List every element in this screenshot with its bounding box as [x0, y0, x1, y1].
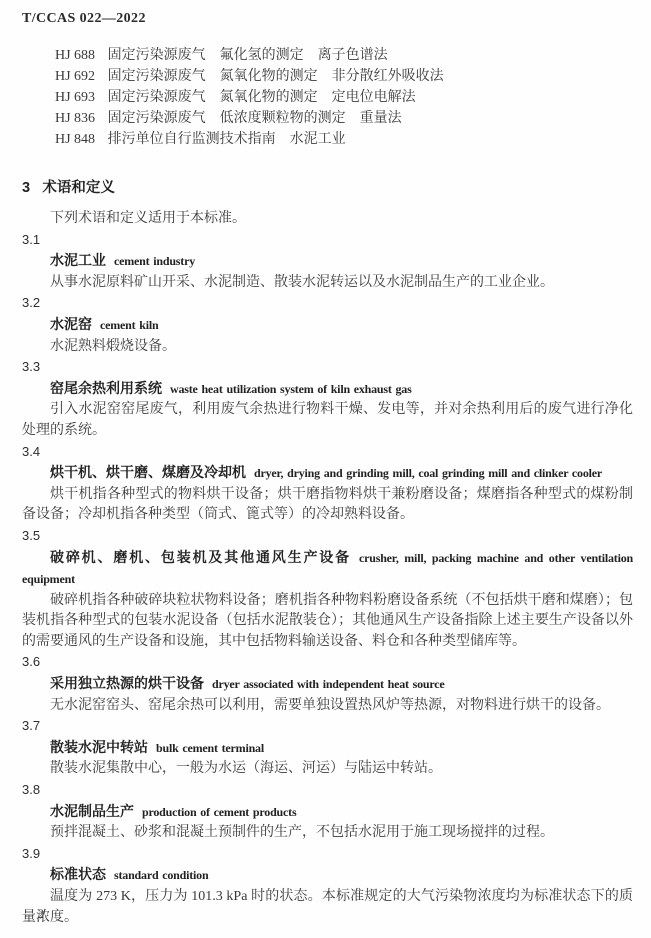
term-chinese: 水泥制品生产	[50, 803, 134, 819]
reference-item: HJ 688固定污染源废气 氟化氢的测定 离子色谱法	[55, 45, 633, 66]
term-number: 3.8	[22, 780, 633, 801]
reference-title: 固定污染源废气 氟化氢的测定 离子色谱法	[108, 48, 388, 63]
term-chinese: 窑尾余热利用系统	[50, 380, 162, 396]
term-entry: 3.4 烘干机、烘干磨、煤磨及冷却机dryer, drying and grin…	[22, 442, 633, 526]
references-list: HJ 688固定污染源废气 氟化氢的测定 离子色谱法 HJ 692固定污染源废气…	[22, 45, 633, 150]
term-english: bulk cement terminal	[156, 741, 264, 755]
terms-list: 3.1 水泥工业cement industry 从事水泥原料矿山开采、水泥制造、…	[22, 230, 633, 929]
term-entry: 3.1 水泥工业cement industry 从事水泥原料矿山开采、水泥制造、…	[22, 230, 633, 294]
term-number: 3.3	[22, 357, 633, 378]
term-chinese: 标准状态	[50, 866, 106, 882]
term-heading: 采用独立热源的烘干设备dryer associated with indepen…	[22, 673, 633, 696]
term-chinese: 水泥窑	[50, 316, 92, 332]
term-number: 3.6	[22, 652, 633, 673]
term-chinese: 采用独立热源的烘干设备	[50, 675, 204, 691]
term-definition: 破碎机指各种破碎块粒状物料设备；磨机指各种物料粉磨设备系统（不包括烘干磨和煤磨）…	[22, 591, 633, 653]
term-entry: 3.6 采用独立热源的烘干设备dryer associated with ind…	[22, 652, 633, 716]
term-chinese: 散装水泥中转站	[50, 739, 148, 755]
term-chinese: 破碎机、磨机、包装机及其他通风生产设备	[50, 549, 351, 565]
reference-code: HJ 693	[55, 90, 95, 105]
reference-title: 固定污染源废气 氮氧化物的测定 定电位电解法	[108, 90, 416, 105]
reference-title: 固定污染源废气 低浓度颗粒物的测定 重量法	[108, 111, 402, 126]
term-english: production of cement products	[142, 805, 296, 819]
term-heading: 散装水泥中转站bulk cement terminal	[22, 737, 633, 760]
term-number: 3.7	[22, 716, 633, 737]
reference-item: HJ 848排污单位自行监测技术指南 水泥工业	[55, 129, 633, 150]
document-page: T/CCAS 022—2022 HJ 688固定污染源废气 氟化氢的测定 离子色…	[0, 0, 651, 938]
term-number: 3.1	[22, 230, 633, 251]
term-english: standard condition	[114, 868, 208, 882]
term-heading: 烘干机、烘干磨、煤磨及冷却机dryer, drying and grinding…	[22, 462, 633, 485]
term-definition: 预拌混凝土、砂浆和混凝土预制件的生产，不包括水泥用于施工现场搅拌的过程。	[22, 823, 633, 844]
term-definition: 散装水泥集散中心，一般为水运（海运、河运）与陆运中转站。	[22, 759, 633, 780]
term-heading: 标准状态standard condition	[22, 864, 633, 887]
reference-item: HJ 692固定污染源废气 氮氧化物的测定 非分散红外吸收法	[55, 66, 633, 87]
term-chinese: 烘干机、烘干磨、煤磨及冷却机	[50, 464, 246, 480]
term-definition: 温度为 273 K，压力为 101.3 kPa 时的状态。本标准规定的大气污染物…	[22, 887, 633, 928]
term-entry: 3.7 散装水泥中转站bulk cement terminal 散装水泥集散中心…	[22, 716, 633, 780]
term-entry: 3.5 破碎机、磨机、包装机及其他通风生产设备crusher, mill, pa…	[22, 526, 633, 653]
reference-code: HJ 836	[55, 111, 95, 126]
term-english: cement kiln	[100, 318, 158, 332]
term-definition: 水泥熟料煅烧设备。	[22, 337, 633, 358]
section-intro: 下列术语和定义适用于本标准。	[22, 209, 633, 230]
term-chinese: 水泥工业	[50, 252, 106, 268]
section-heading: 3术语和定义	[22, 178, 633, 198]
term-english: dryer associated with independent heat s…	[212, 677, 445, 691]
term-definition: 烘干机指各种型式的物料烘干设备；烘干磨指物料烘干兼粉磨设备；煤磨指各种型式的煤粉…	[22, 485, 633, 526]
page-number: 2	[38, 907, 44, 922]
reference-code: HJ 688	[55, 48, 95, 63]
term-number: 3.4	[22, 442, 633, 463]
term-heading: 破碎机、磨机、包装机及其他通风生产设备crusher, mill, packin…	[22, 547, 633, 591]
term-entry: 3.8 水泥制品生产production of cement products …	[22, 780, 633, 844]
term-definition: 无水泥窑窑头、窑尾余热可以利用，需要单独设置热风炉等热源，对物料进行烘干的设备。	[22, 696, 633, 717]
term-english: cement industry	[114, 254, 195, 268]
term-definition: 引入水泥窑窑尾废气，利用废气余热进行物料干燥、发电等，并对余热利用后的废气进行净…	[22, 400, 633, 441]
term-entry: 3.3 窑尾余热利用系统waste heat utilization syste…	[22, 357, 633, 441]
term-heading: 水泥制品生产production of cement products	[22, 801, 633, 824]
term-english: waste heat utilization system of kiln ex…	[170, 382, 412, 396]
reference-title: 排污单位自行监测技术指南 水泥工业	[108, 132, 346, 147]
term-entry: 3.9 标准状态standard condition 温度为 273 K，压力为…	[22, 844, 633, 928]
term-definition: 从事水泥原料矿山开采、水泥制造、散装水泥转运以及水泥制品生产的工业企业。	[22, 273, 633, 294]
term-entry: 3.2 水泥窑cement kiln 水泥熟料煅烧设备。	[22, 293, 633, 357]
term-heading: 水泥窑cement kiln	[22, 314, 633, 337]
term-number: 3.9	[22, 844, 633, 865]
reference-code: HJ 692	[55, 69, 95, 84]
reference-code: HJ 848	[55, 132, 95, 147]
term-english: dryer, drying and grinding mill, coal gr…	[254, 466, 602, 480]
reference-title: 固定污染源废气 氮氧化物的测定 非分散红外吸收法	[108, 69, 444, 84]
reference-item: HJ 693固定污染源废气 氮氧化物的测定 定电位电解法	[55, 87, 633, 108]
term-number: 3.5	[22, 526, 633, 547]
section-number: 3	[22, 180, 30, 196]
terms-section: 下列术语和定义适用于本标准。 3.1 水泥工业cement industry 从…	[22, 209, 633, 928]
term-heading: 水泥工业cement industry	[22, 250, 633, 273]
term-number: 3.2	[22, 293, 633, 314]
term-heading: 窑尾余热利用系统waste heat utilization system of…	[22, 378, 633, 401]
section-title: 术语和定义	[42, 180, 115, 196]
reference-item: HJ 836固定污染源废气 低浓度颗粒物的测定 重量法	[55, 108, 633, 129]
standard-code-header: T/CCAS 022—2022	[22, 8, 633, 29]
